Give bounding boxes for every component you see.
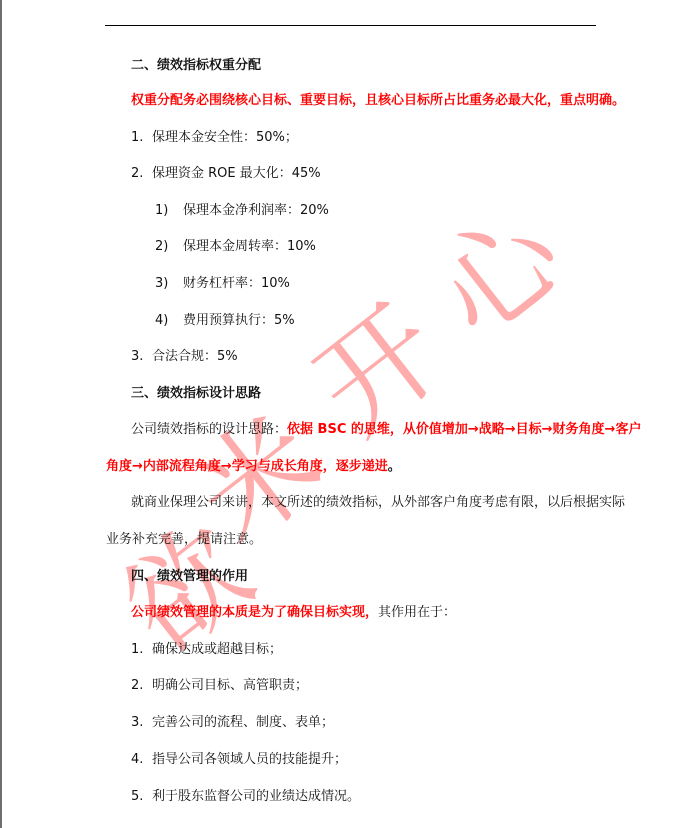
list-text: 确保达成或超越目标； [152, 642, 282, 657]
list-number: 5. [131, 788, 152, 806]
section4-item-2: 2.明确公司目标、高管职责； [131, 677, 308, 695]
section2-item-1: 1.保理本金安全性：50%； [131, 129, 298, 147]
para-emphasis: 依据 BSC 的思维，从价值增加→战略→目标→财务角度→客户 [287, 422, 641, 437]
section3-para1-line2: 角度→内部流程角度→学习与成长角度，逐步递进。 [106, 458, 401, 476]
sublist-text: 保理本金周转率：10% [183, 239, 316, 254]
section2-subitem-3: 3)财务杠杆率：10% [155, 275, 290, 293]
section2-subitem-4: 4)费用预算执行：5% [155, 312, 295, 330]
section4-item-4: 4.指导公司各领域人员的技能提升； [131, 751, 347, 769]
list-number: 3. [131, 714, 152, 732]
para-end: 。 [388, 459, 401, 474]
sublist-text: 保理本金净利润率：20% [183, 203, 329, 218]
section3-heading: 三、绩效指标设计思路 [131, 385, 261, 403]
list-text: 指导公司各领域人员的技能提升； [152, 752, 347, 767]
list-number: 2. [131, 677, 152, 695]
para-prefix: 公司绩效指标的设计思路： [131, 422, 287, 437]
sublist-text: 费用预算执行：5% [183, 313, 295, 328]
list-text: 保理资金 ROE 最大化：45% [152, 166, 321, 181]
section2-item-3: 3.合法合规：5% [131, 348, 238, 366]
list-text: 利于股东监督公司的业绩达成情况。 [152, 789, 360, 804]
section4-item-3: 3.完善公司的流程、制度、表单； [131, 714, 334, 732]
list-number: 2. [131, 165, 152, 183]
section2-subitem-1: 1)保理本金净利润率：20% [155, 202, 329, 220]
sublist-number: 2) [155, 238, 183, 256]
page-left-border [0, 0, 2, 828]
section2-emphasis: 权重分配务必围绕核心目标、重要目标，且核心目标所占比重务必最大化，重点明确。 [131, 92, 625, 110]
section3-para2-line1: 就商业保理公司来讲，本文所述的绩效指标，从外部客户角度考虑有限，以后根据实际 [131, 494, 625, 512]
sublist-text: 财务杠杆率：10% [183, 276, 290, 291]
intro-emphasis: 公司绩效管理的本质是为了确保目标实现， [131, 605, 378, 620]
sublist-number: 1) [155, 202, 183, 220]
list-number: 3. [131, 348, 152, 366]
sublist-number: 3) [155, 275, 183, 293]
section2-heading: 二、绩效指标权重分配 [131, 57, 261, 75]
intro-rest: 其作用在于： [378, 605, 456, 620]
list-text: 保理本金安全性：50%； [152, 130, 298, 145]
section2-item-2: 2.保理资金 ROE 最大化：45% [131, 165, 321, 183]
list-number: 4. [131, 751, 152, 769]
section3-para2-line2: 业务补充完善，提请注意。 [106, 531, 262, 549]
sublist-number: 4) [155, 312, 183, 330]
list-number: 1. [131, 641, 152, 659]
section4-intro: 公司绩效管理的本质是为了确保目标实现，其作用在于： [131, 604, 456, 622]
list-number: 1. [131, 129, 152, 147]
list-text: 明确公司目标、高管职责； [152, 678, 308, 693]
para-emphasis: 角度→内部流程角度→学习与成长角度，逐步递进 [106, 459, 388, 474]
section4-heading: 四、绩效管理的作用 [131, 568, 248, 586]
section2-subitem-2: 2)保理本金周转率：10% [155, 238, 316, 256]
list-text: 合法合规：5% [152, 349, 238, 364]
watermark-char-4: 心 [416, 191, 582, 357]
list-text: 完善公司的流程、制度、表单； [152, 715, 334, 730]
section4-item-1: 1.确保达成或超越目标； [131, 641, 282, 659]
section3-para1-line1: 公司绩效指标的设计思路：依据 BSC 的思维，从价值增加→战略→目标→财务角度→… [131, 421, 641, 439]
header-rule [105, 25, 596, 26]
section4-item-5: 5.利于股东监督公司的业绩达成情况。 [131, 788, 360, 806]
watermark: 欲 米 开 心 [0, 0, 697, 828]
